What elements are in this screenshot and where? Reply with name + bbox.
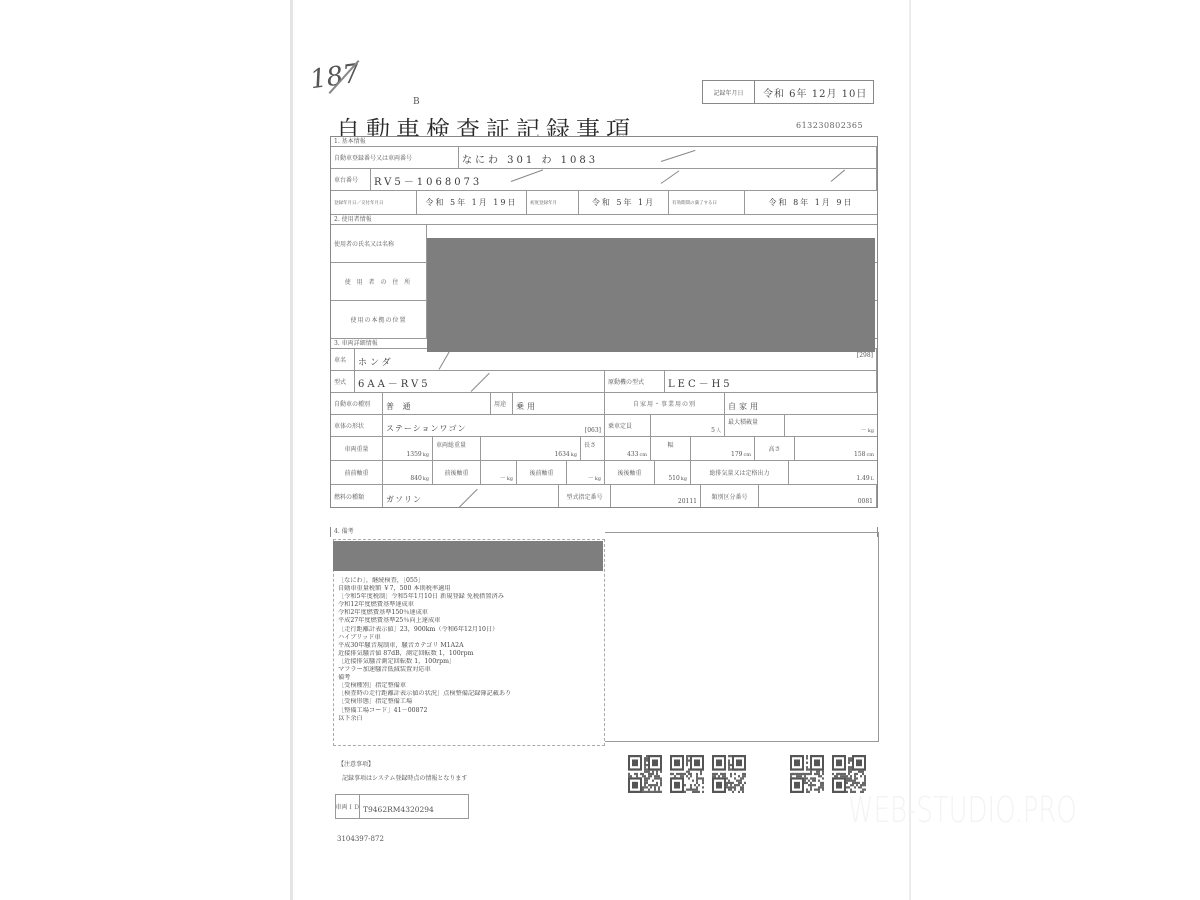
notes-title: 【注意事項】 (338, 759, 374, 768)
expiry-label: 有効期間の満了する日 (672, 200, 717, 206)
model-row: 型式 6AA－RV5 原動機の型式 LEC－H5 (331, 371, 877, 393)
small-mark: B (413, 97, 420, 107)
record-date-value: 令和 6年 12月 10日 (755, 81, 873, 103)
remark-line: 令和2年度燃費基準150％達成車 (338, 609, 602, 617)
rear-front-axle-label: 後前軸重 (529, 468, 553, 477)
width-value: 179 (731, 451, 742, 458)
remark-line: 平成30年騒音規制車，騒音カテゴリ M1A2A (338, 642, 602, 650)
dimensions-row: 車両重量 1359kg 車両総重量 1634kg 長さ 433cm 幅 179c… (331, 437, 877, 461)
body-shape-row: 車体の形状 ステーションワゴン [063] 乗車定員 5人 最大積載量 －kg (331, 415, 877, 437)
rear-front-axle-value: － (588, 473, 594, 482)
fuel-label: 燃料の種類 (334, 492, 364, 501)
remark-line: 自動車重量税額 ￥7，500 本則税率適用 (338, 585, 602, 593)
body-shape-value: ステーションワゴン (386, 423, 467, 434)
redacted-user-info (427, 238, 875, 352)
bottom-code: 3104397-872 (337, 835, 384, 843)
remark-line: ［令和5年度税制］令和5年1月10日 新規登録 免税措置済み (338, 593, 602, 601)
rear-axle-label: 後後軸重 (617, 468, 641, 477)
height-label: 高さ (768, 444, 780, 453)
user-address-label: 使 用 者 の 住 所 (345, 277, 413, 286)
record-date-label: 記録年月日 (703, 81, 755, 103)
remark-line: 近接排気騒音値 87dB，測定回転数 1，100rpm (338, 650, 602, 658)
first-reg-label: 初度登録年月 (530, 200, 557, 206)
purpose-value: 乗用 (516, 401, 538, 412)
reg-date-label: 登録年月日／交付年月日 (334, 200, 384, 206)
type-row: 自動車の種別 普 通 用途 乗用 自家用・事業用の別 自家用 (331, 393, 877, 415)
registration-label: 自動車登録番号又は車両番号 (334, 153, 412, 162)
length-label: 長さ (584, 440, 596, 449)
chassis-row: 車台番号 RV5－1068073 (331, 169, 877, 191)
max-load-label: 最大積載量 (728, 417, 758, 426)
body-shape-label: 車体の形状 (334, 421, 364, 430)
use-class-label: 自家用・事業用の別 (633, 399, 696, 408)
height-value: 158 (854, 451, 865, 458)
remarks-empty-area (605, 532, 879, 742)
fuel-row: 燃料の種類 ガソリン 型式指定番号 20111 類別区分番号 0081 (331, 485, 877, 507)
chassis-value: RV5－1068073 (374, 173, 482, 188)
category-number-value: 0081 (858, 498, 873, 505)
car-name-row: 車名 ホンダ [298] (331, 349, 877, 371)
rear-axle-value: 510 (668, 475, 679, 482)
vehicle-id-box: 車両ＩＤ T9462RM4320294 (335, 794, 469, 819)
base-location-label: 使用の本拠の位置 (350, 315, 406, 324)
paper-edge-right (909, 0, 911, 900)
notes-text: 記録事項はシステム登録時点の情報となります (342, 773, 467, 782)
width-label: 幅 (667, 440, 673, 449)
remark-line: ［整備工場コード］41－00872 (338, 707, 602, 715)
remark-line: ［近接排気騒音測定回転数 1，100rpm］ (338, 658, 602, 666)
vehicle-id-label: 車両ＩＤ (336, 795, 360, 818)
length-value: 433 (627, 451, 638, 458)
remark-line: 令和12年度燃費基準達成車 (338, 601, 602, 609)
vehicle-id-value: T9462RM4320294 (360, 795, 468, 818)
remark-line: ［走行距離計表示値］23，900km（令和6年12月10日） (338, 626, 602, 634)
use-class-value: 自家用 (728, 401, 761, 412)
type-designation-value: 20111 (678, 498, 697, 505)
model-label: 型式 (334, 377, 346, 386)
section-2-heading: 2. 使用者情報 (331, 215, 877, 225)
body-shape-code: [063] (585, 427, 601, 434)
record-date-box: 記録年月日 令和 6年 12月 10日 (702, 80, 874, 104)
qr-code-icon (670, 755, 704, 793)
remark-line: 平成27年度燃費基準25％向上達成車 (338, 617, 602, 625)
vehicle-weight-label: 車両重量 (344, 444, 368, 453)
qr-code-icon (712, 755, 746, 793)
displacement-label: 総排気量又は定格出力 (709, 468, 769, 477)
remark-line: マフラー加速騒音低減装置対応車 (338, 666, 602, 674)
model-value: 6AA－RV5 (358, 375, 431, 390)
remark-line: ［なにわ］，継続検査，［055］ (338, 577, 602, 585)
car-name-label: 車名 (334, 355, 346, 364)
remark-line: ［受検形態］指定整備工場 (338, 698, 602, 706)
capacity-value: 5 (711, 427, 715, 434)
remarks-text: ［なにわ］，継続検査，［055］ 自動車重量税額 ￥7，500 本則税率適用 ［… (338, 577, 602, 723)
remark-line: 以下余白 (338, 715, 602, 723)
vehicle-weight-value: 1359 (406, 451, 421, 458)
fuel-value: ガソリン (386, 494, 422, 505)
front-rear-axle-value: － (500, 473, 506, 482)
qr-code-icon (790, 755, 824, 793)
engine-model-value: LEC－H5 (668, 375, 733, 390)
gross-weight-value: 1634 (554, 451, 569, 458)
dates-row: 登録年月日／交付年月日 令和 5年 1月 19日 初度登録年月 令和 5年 1月… (331, 191, 877, 215)
chassis-label: 車台番号 (334, 175, 358, 184)
section-1-heading: 1. 基本情報 (331, 137, 877, 147)
vehicle-type-value: 普 通 (386, 401, 414, 412)
displacement-value: 1.49 (856, 475, 869, 482)
remark-line: ハイブリッド車 (338, 634, 602, 642)
car-name-code: [298] (857, 352, 873, 359)
front-axle-value: 840 (410, 475, 421, 482)
watermark: WEB-STUDIO.PRO (848, 790, 1077, 831)
qr-code-icon (832, 755, 866, 793)
qr-code-icon (628, 755, 662, 793)
remark-line: ［受検種別］指定整備車 (338, 682, 602, 690)
registration-row: 自動車登録番号又は車両番号 なにわ 301 わ 1083 (331, 147, 877, 169)
registration-value: なにわ 301 わ 1083 (462, 151, 598, 166)
expiry-value: 令和 8年 1月 9日 (769, 197, 854, 208)
category-number-label: 類別区分番号 (711, 492, 747, 501)
gross-weight-label: 車両総重量 (436, 440, 466, 449)
vehicle-type-label: 自動車の種別 (334, 399, 370, 408)
max-load-value: － (861, 425, 867, 434)
capacity-label: 乗車定員 (608, 421, 632, 430)
type-designation-label: 型式指定番号 (566, 492, 602, 501)
redacted-remarks (333, 541, 603, 571)
user-name-label: 使用者の氏名又は名称 (334, 239, 394, 248)
remark-line: ［検査時の走行距離計表示値の状況］点検整備記録簿記載あり (338, 690, 602, 698)
front-axle-label: 前前軸重 (344, 468, 368, 477)
first-reg-value: 令和 5年 1月 (592, 197, 655, 208)
reg-date-value: 令和 5年 1月 19日 (426, 197, 518, 208)
engine-model-label: 原動機の型式 (608, 377, 644, 386)
paper-edge-left (290, 0, 293, 900)
document-number: 613230802365 (796, 121, 863, 130)
purpose-label: 用途 (494, 399, 506, 408)
axle-row: 前前軸重 840kg 前後軸重 －kg 後前軸重 －kg 後後軸重 510kg … (331, 461, 877, 485)
car-name-value: ホンダ (358, 355, 394, 368)
remark-line: 備考 (338, 674, 602, 682)
front-rear-axle-label: 前後軸重 (444, 468, 468, 477)
